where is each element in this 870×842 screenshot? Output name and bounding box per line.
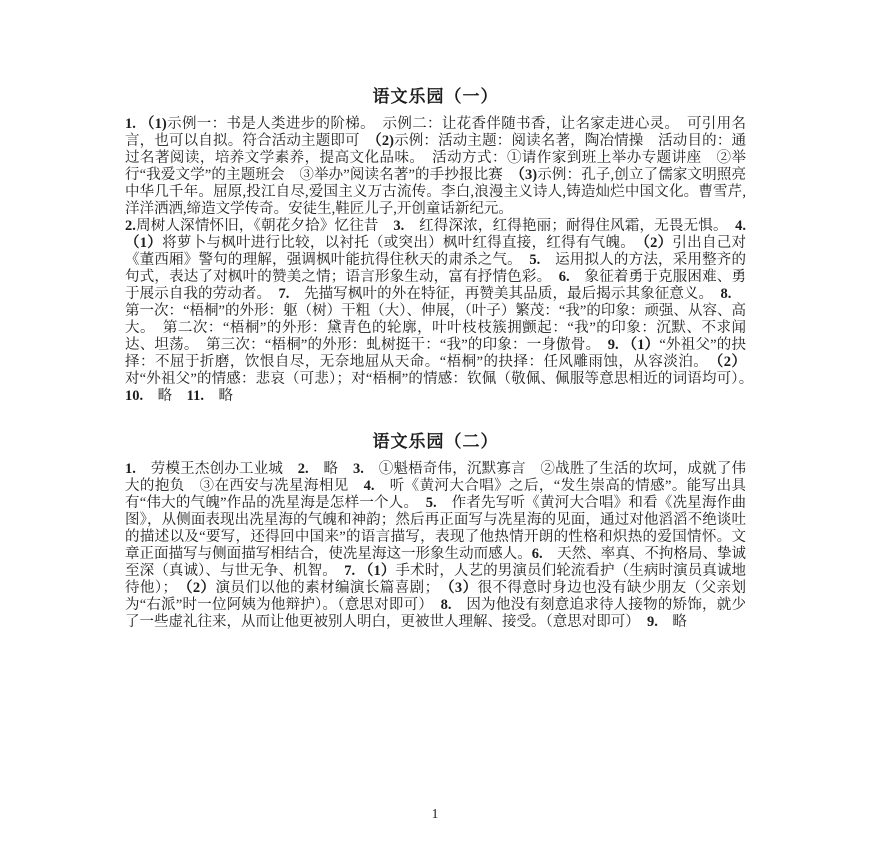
answer-number: 3. <box>353 461 364 477</box>
answer-number: （2） <box>643 235 673 251</box>
answer-number: 2. <box>125 218 136 234</box>
answer-text: 周树人深情怀旧，《朝花夕拾》忆往昔 <box>136 218 393 234</box>
section-title: 语文乐园（二） <box>125 432 746 452</box>
answer-number: 2. <box>298 461 309 477</box>
answer-text: 略 <box>204 388 233 404</box>
answer-number: （3） <box>447 580 477 596</box>
answer-text: 演员们以他的素材编演长篇喜剧； <box>216 580 448 596</box>
page-number: 1 <box>0 806 870 822</box>
answer-number: 7. <box>278 286 289 302</box>
answer-number: 10. <box>125 388 143 404</box>
answers-paragraph: 2.周树人深情怀旧，《朝花夕拾》忆往昔 3. 红得深浓，红得艳丽；耐得住风霜，无… <box>125 218 746 405</box>
document-page: 语文乐园（一）1. （1)示例一：书是人类进步的阶梯。 示例二：让花香伴随书香，… <box>0 0 870 842</box>
answer-text: 红得深浓，红得艳丽；耐得住风霜，无畏无惧。 <box>404 218 735 234</box>
section-title: 语文乐园（一） <box>125 87 746 107</box>
answer-number: 9. <box>647 614 658 630</box>
answer-number: 7. （1） <box>344 563 395 579</box>
answer-number: 6. <box>532 546 543 562</box>
answer-number: 5. <box>529 252 540 268</box>
answer-text: 略 <box>309 461 353 477</box>
answer-text: 将萝卜与枫叶进行比较，以衬托（或突出）枫叶红得直接，红得有气魄。 <box>162 235 642 251</box>
answer-number: 8. <box>721 286 732 302</box>
answer-text: 劳模王杰创办工业城 <box>136 461 298 477</box>
answer-number: 3. <box>393 218 404 234</box>
answer-number: 5. <box>426 495 437 511</box>
answer-number: 1. （1) <box>125 116 167 132</box>
answer-number: （3) <box>518 167 537 183</box>
answer-number: 11. <box>187 388 204 404</box>
answer-text: 对“外祖父”的情感：悲哀（可悲）；对“梧桐”的情感：钦佩（敬佩、佩服等意思相近的… <box>125 371 761 387</box>
answer-number: 6. <box>559 269 570 285</box>
answer-number: （2） <box>185 580 215 596</box>
answer-text: 略 <box>143 388 187 404</box>
answers-paragraph: 1. （1)示例一：书是人类进步的阶梯。 示例二：让花香伴随书香，让名家走进心灵… <box>125 116 746 218</box>
answer-number: （2） <box>716 354 746 370</box>
answer-text: 略 <box>658 614 687 630</box>
answer-number: 1. <box>125 461 136 477</box>
answers-paragraph: 1. 劳模王杰创办工业城 2. 略 3. ①魁梧奇伟，沉默寡言 ②战胜了生活的坎… <box>125 461 746 631</box>
answer-number: 8. <box>441 597 452 613</box>
answer-number: 4. <box>364 478 375 494</box>
answer-number: 9. （1） <box>608 337 660 353</box>
answer-text: 先描写枫叶的外在特征，再赞美其品质，最后揭示其象征意义。 <box>289 286 720 302</box>
answer-key-content: 语文乐园（一）1. （1)示例一：书是人类进步的阶梯。 示例二：让花香伴随书香，… <box>125 87 746 631</box>
answer-number: （2) <box>374 133 394 149</box>
